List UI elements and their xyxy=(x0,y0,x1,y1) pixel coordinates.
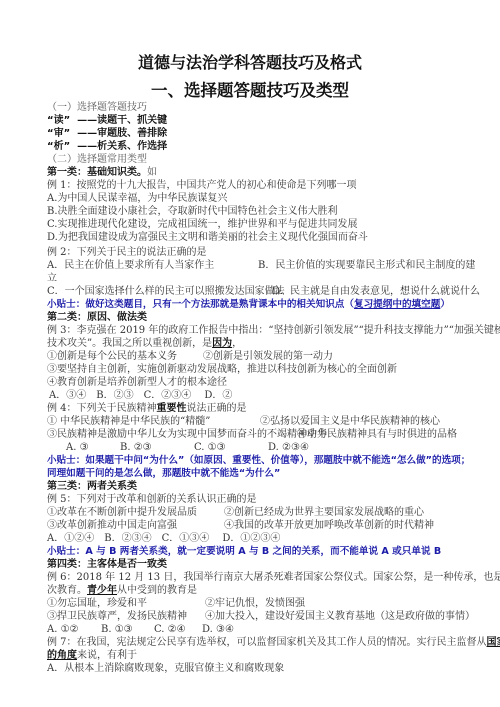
type1-heading: 第一类：基础知识类。如 xyxy=(47,166,157,179)
stem-emphasis: 因为 xyxy=(212,338,232,349)
ex6-item3: ③捍卫民族尊严，发扬民族精神 xyxy=(47,610,187,623)
ex3-stem-line2: 技术攻关”。我国之所以重视创新，是因为， xyxy=(47,337,242,350)
ex6-choice-d: D. ③④ xyxy=(202,623,234,636)
ex1-option-d: D.为把我国建设成为富强民主文明和谐美丽的社会主义现代化强国而奋斗 xyxy=(47,231,368,244)
ex7-stem-line1: 例 7：在我国，宪法规定公民享有选举权，可以监督国家机关及其工作人员的情况。实行… xyxy=(47,636,500,649)
ex1-option-a: A.为中国人民谋幸福，为中华民族谋复兴 xyxy=(47,192,227,205)
type1-tip: 小贴士：做好这类题目，只有一个方法那就是熟背课本中的相关知识点（复习提纲中的填空… xyxy=(47,298,450,311)
ex3-item3: ③要坚持自主创新，实施创新驱动发展战略，推进以科技创新为核心的全面创新 xyxy=(47,363,397,376)
ex2-option-b-wrap: 立 xyxy=(47,272,57,285)
technique-key: “审” xyxy=(47,128,70,139)
ex5-choices: A．①②④ B．②③④ C．①③④ D．①②③④ xyxy=(47,532,280,545)
stem-end: ， xyxy=(232,338,242,349)
technique-key: “读” xyxy=(47,115,70,126)
ex4-choice-d: D. ②③④ xyxy=(268,441,309,454)
ex4-item3: ③民族精神是激励中华儿女为实现中国梦而奋斗的不竭精神动力 xyxy=(47,428,327,441)
ex3-item1: ①创新是每个公民的基本义务 xyxy=(47,350,177,363)
ex3-item4: ④教育创新是培养创新型人才的根本途径 xyxy=(47,376,227,389)
type3-tip: 小贴士：A 与 B 两者关系类，就一定要说明 A 与 B 之间的关系，而不能单说… xyxy=(47,545,441,558)
ex1-stem: 例 1：按照党的十九大报告，中国共产党人的初心和使命是下列哪一项 xyxy=(47,179,357,192)
ex6-item4: ④加大投入，建设好爱国主义教育基地（这是政府做的事情） xyxy=(205,610,475,623)
ex4-choice-b: B. ②③ xyxy=(120,441,152,454)
heading-suffix: 如 xyxy=(147,167,157,178)
technique-text: ——审题肢、善排除 xyxy=(77,128,167,139)
technique-review: “审” ——审题肢、善排除 xyxy=(47,127,167,140)
technique-read: “读” ——读题干、抓关键 xyxy=(47,114,167,127)
ex7-stem-line2: 的角度来说，有利于 xyxy=(47,649,137,662)
ex5-item3: ③改革创新推动中国走向富强 xyxy=(47,519,177,532)
part2-heading: （二）选择题常用类型 xyxy=(47,153,147,166)
type3-heading: 第三类：两者关系类 xyxy=(47,480,137,493)
ex2-option-b: B．民主价值的实现要靠民主形式和民主制度的建 xyxy=(258,259,475,272)
ex2-option-c: C．一个国家选择什么样的民主可以照搬发达国家做法 xyxy=(47,285,285,298)
ex6-choice-b: B. ①③ xyxy=(101,623,133,636)
ex2-option-a: A．民主在价值上要求所有人当家作主 xyxy=(47,259,214,272)
stem-emphasis: 青少年 xyxy=(87,585,117,596)
ex3-stem-line1: 例 3：李克强在 2019 年的政府工作报告中指出：“坚持创新引领发展”“提升科… xyxy=(47,324,500,337)
type2-tip-line2: 同理如题干问的是怎么做，那题肢中就不能选“为什么” xyxy=(47,467,280,480)
technique-key: “析” xyxy=(47,141,70,152)
section-title: 一、选择题答题技巧及类型 xyxy=(0,77,500,101)
stem-emphasis: 的角度 xyxy=(47,650,77,661)
type2-heading: 第二类：原因、做法类 xyxy=(47,311,147,324)
type4-heading: 第四类：主客体是否一致类 xyxy=(47,558,167,571)
technique-analyze: “析” ——析关系、作选择 xyxy=(47,140,167,153)
ex5-item1: ①改革在不断创新中提升发展品质 xyxy=(47,506,197,519)
ex4-item4: ④中华民族精神具有与时俱进的品格 xyxy=(297,428,457,441)
ex4-item2: ②弘扬以爱国主义是中华民族精神的核心 xyxy=(260,415,440,428)
stem-text: 从中受到的教育是 xyxy=(117,585,197,596)
ex2-stem: 例 2：下列关于民主的说法正确的是 xyxy=(47,246,207,259)
stem-text: 技术攻关”。我国之所以重视创新，是 xyxy=(47,338,212,349)
ex4-choice-c: C. ①③ xyxy=(194,441,226,454)
ex1-option-b: B.决胜全面建设小康社会，夺取新时代中国特色社会主义伟大胜利 xyxy=(47,205,338,218)
stem-text: 例 7：在我国，宪法规定公民享有选举权，可以监督国家机关及其工作人员的情况。实行… xyxy=(47,637,487,648)
stem-text: 例 4：下列关于民族精神 xyxy=(47,403,157,414)
ex4-choice-a: A. ③ xyxy=(66,441,89,454)
ex6-choice-c: C. ②④ xyxy=(154,623,186,636)
ex4-item1: ① 中华民族精神是中华民族的“精髓” xyxy=(47,415,210,428)
stem-text: 来说，有利于 xyxy=(77,650,137,661)
tip-end: ） xyxy=(440,299,450,310)
ex5-stem: 例 5：下列对于改革和创新的关系认识正确的是 xyxy=(47,493,257,506)
stem-emphasis: 国家 xyxy=(487,637,500,648)
ex6-item1: ①勿忘国耻，珍爱和平 xyxy=(47,597,147,610)
type2-tip-line1: 小贴士：如果题干中问“为什么”（如原因、重要性、价值等），那题肢中就不能选“怎么… xyxy=(47,454,470,467)
document-title: 道德与法治学科答题技巧及格式 xyxy=(0,50,500,73)
ex2-option-d: D．民主就是自由发表意见，想说什么就说什么 xyxy=(272,285,480,298)
technique-text: ——析关系、作选择 xyxy=(77,141,167,152)
technique-text: ——读题干、抓关键 xyxy=(77,115,167,126)
ex3-item2: ②创新是引领发展的第一动力 xyxy=(203,350,333,363)
tip-underlined-text: 复习提纲中的填空题 xyxy=(354,299,440,310)
ex5-item4: ④我国的改革开放更加呼唤改革创新的时代精神 xyxy=(224,519,434,532)
type-heading-text: 第一类：基础知识类。 xyxy=(47,167,147,178)
tip-text: 小贴士：做好这类题目，只有一个方法那就是熟背课本中的相关知识点（ xyxy=(47,299,354,310)
ex6-item2: ②牢记仇恨，发愤图强 xyxy=(205,597,305,610)
ex6-stem-line1: 例 6：2018 年 12 月 13 日，我国举行南京大屠杀死难者国家公祭仪式。… xyxy=(47,571,500,584)
ex6-choice-a: A. ①② xyxy=(47,623,79,636)
stem-text: 次教育。 xyxy=(47,585,87,596)
stem-text: 说法正确的是 xyxy=(187,403,247,414)
ex4-stem: 例 4：下列关于民族精神重要性说法正确的是 xyxy=(47,402,247,415)
ex6-stem-line2: 次教育。青少年从中受到的教育是 xyxy=(47,584,197,597)
ex3-choices: A．③④ B．②③ C．②③④ D．② xyxy=(49,389,232,402)
ex5-item2: ②创新已经成为世界主要国家发展战略的重心 xyxy=(224,506,424,519)
part1-heading: （一）选择题答题技巧 xyxy=(47,101,147,114)
ex7-option-a: A．从根本上消除腐败现象，克服官僚主义和腐败现象 xyxy=(47,662,284,675)
ex1-option-c: C.实现推进现代化建设，完成祖国统一，维护世界和平与促进共同发展 xyxy=(47,218,357,231)
stem-emphasis: 重要性 xyxy=(157,403,187,414)
